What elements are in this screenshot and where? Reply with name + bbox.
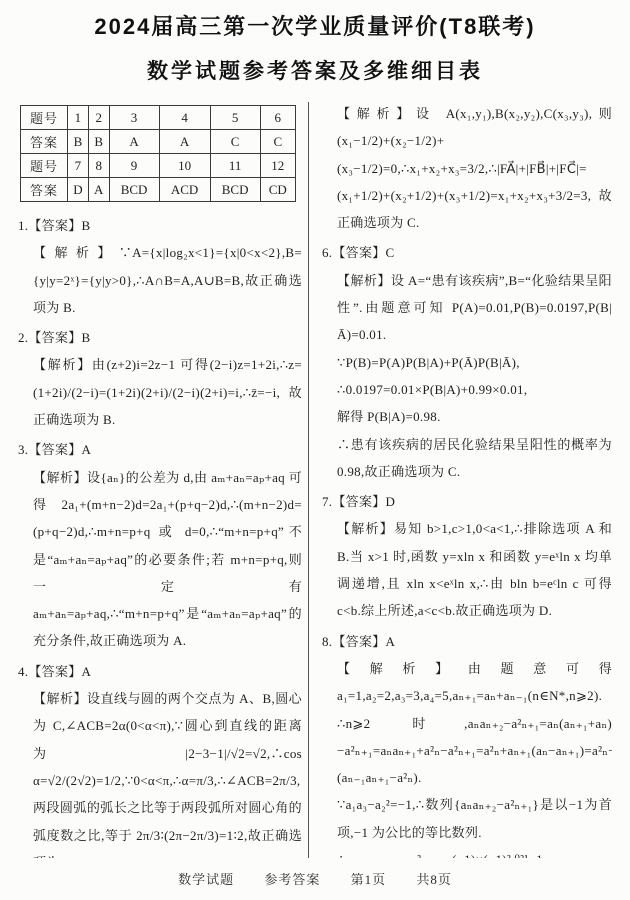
table-cell: CD: [260, 178, 295, 202]
table-cell: 9: [109, 154, 159, 178]
right-column: 【解析】设 A(x₁,y₁),B(x₂,y₂),C(x₃,y₃),则(x₁−1/…: [322, 100, 612, 858]
answer-line: 2.【答案】B: [18, 324, 302, 351]
table-cell: 12: [260, 154, 295, 178]
table-row: 题号 7 8 9 10 11 12: [21, 154, 296, 178]
table-row: 题号 1 2 3 4 5 6: [21, 106, 296, 130]
table-cell: A: [88, 178, 109, 202]
footer-page-total: 共8页: [416, 872, 452, 887]
solution-paragraph: 解得 P(B|A)=0.98.: [322, 403, 612, 430]
solution-paragraph: 【解析】设直线与圆的两个交点为 A、B,圆心为 C,∠ACB=2α(0<α<π)…: [18, 685, 302, 858]
table-cell: A: [109, 130, 159, 154]
answer-line: 6.【答案】C: [322, 239, 612, 266]
answer-line: 7.【答案】D: [322, 488, 612, 515]
table-cell: 5: [210, 106, 260, 130]
table-row: 答案 D A BCD ACD BCD CD: [21, 178, 296, 202]
solution-paragraph: 【解析】设{aₙ}的公差为 d,由 aₘ+aₙ=aₚ+aq 可得 2a₁+(m+…: [18, 464, 302, 655]
solution-paragraph: 【解析】设 A(x₁,y₁),B(x₂,y₂),C(x₃,y₃),则(x₁−1/…: [322, 100, 612, 236]
answer-line: 8.【答案】A: [322, 628, 612, 655]
table-cell: B: [88, 130, 109, 154]
page-footer: 数学试题 参考答案 第1页 共8页: [0, 869, 630, 888]
page-subtitle: 数学试题参考答案及多维细目表: [0, 55, 630, 85]
row-header-cell: 答案: [21, 178, 68, 202]
table-cell: 8: [88, 154, 109, 178]
table-cell: C: [260, 130, 295, 154]
table-cell: BCD: [109, 178, 159, 202]
table-cell: 11: [210, 154, 260, 178]
column-divider: [308, 102, 309, 858]
table-cell: 3: [109, 106, 159, 130]
solution-paragraph: 【解析】∵A={x|log₂x<1}={x|0<x<2},B={y|y=2ˣ}=…: [18, 239, 302, 321]
table-cell: B: [68, 130, 89, 154]
solution-paragraph: ∵a₁a₃−a₂²=−1,∴数列{aₙaₙ₊₂−a²ₙ₊₁}是以−1为首项,−1…: [322, 791, 612, 846]
answer-table: 题号 1 2 3 4 5 6 答案 B B A A C C: [20, 105, 296, 202]
solution-paragraph: ∴n⩾2 时,aₙaₙ₊₂−a²ₙ₊₁=aₙ(aₙ₊₁+aₙ)−a²ₙ₊₁=aₙ…: [322, 710, 612, 792]
solution-paragraph: ∵P(B)=P(A)P(B|A)+P(Ā)P(B|Ā),: [322, 349, 612, 376]
table-cell: 1: [68, 106, 89, 130]
answer-line: 1.【答案】B: [18, 212, 302, 239]
footer-page-number: 第1页: [351, 872, 387, 887]
table-cell: 2: [88, 106, 109, 130]
table-cell: ACD: [159, 178, 210, 202]
table-cell: D: [68, 178, 89, 202]
table-cell: 10: [159, 154, 210, 178]
footer-section: 参考答案: [264, 872, 320, 887]
row-header-cell: 题号: [21, 106, 68, 130]
content-columns: 题号 1 2 3 4 5 6 答案 B B A A C C: [0, 100, 630, 858]
solution-paragraph: 【解析】由题意可得 a₁=1,a₂=2,a₃=3,a₄=5,aₙ₊₁=aₙ+aₙ…: [322, 655, 612, 710]
table-row: 答案 B B A A C C: [21, 130, 296, 154]
solution-paragraph: 【解析】易知 b>1,c>1,0<a<1,∴排除选项 A 和 B.当 x>1 时…: [322, 515, 612, 624]
footer-doc-title: 数学试题: [178, 872, 234, 887]
row-header-cell: 答案: [21, 130, 68, 154]
solution-paragraph: 【解析】由(z+2)i=2z−1 可得(2−i)z=1+2i,∴z=(1+2i)…: [18, 351, 302, 433]
answer-line: 3.【答案】A: [18, 436, 302, 463]
table-cell: 6: [260, 106, 295, 130]
solution-paragraph: ∴患有该疾病的居民化验结果呈阳性的概率为 0.98,故正确选项为 C.: [322, 431, 612, 486]
page-header: 2024届高三第一次学业质量评价(T8联考) 数学试题参考答案及多维细目表: [0, 10, 630, 85]
table-cell: A: [159, 130, 210, 154]
solution-paragraph: ∴a₂ ₀₂₂a₂ ₀₂₄−a²₂ ₀₂₃=(−1)×(−1)² ⁰²¹=1,: [322, 846, 612, 858]
table-cell: C: [210, 130, 260, 154]
right-solutions: 【解析】设 A(x₁,y₁),B(x₂,y₂),C(x₃,y₃),则(x₁−1/…: [322, 100, 612, 858]
table-cell: 7: [68, 154, 89, 178]
answer-line: 4.【答案】A: [18, 658, 302, 685]
row-header-cell: 题号: [21, 154, 68, 178]
left-solutions: 1.【答案】B 【解析】∵A={x|log₂x<1}={x|0<x<2},B={…: [18, 212, 302, 858]
solution-paragraph: 【解析】设 A=“患有该疾病”,B=“化验结果呈阳性”.由题意可知 P(A)=0…: [322, 267, 612, 349]
table-cell: 4: [159, 106, 210, 130]
solution-paragraph: ∴0.0197=0.01×P(B|A)+0.99×0.01,: [322, 376, 612, 403]
page-title: 2024届高三第一次学业质量评价(T8联考): [0, 10, 630, 41]
exam-answer-page: 2024届高三第一次学业质量评价(T8联考) 数学试题参考答案及多维细目表 题号…: [0, 0, 630, 900]
left-column: 题号 1 2 3 4 5 6 答案 B B A A C C: [18, 100, 302, 858]
table-cell: BCD: [210, 178, 260, 202]
